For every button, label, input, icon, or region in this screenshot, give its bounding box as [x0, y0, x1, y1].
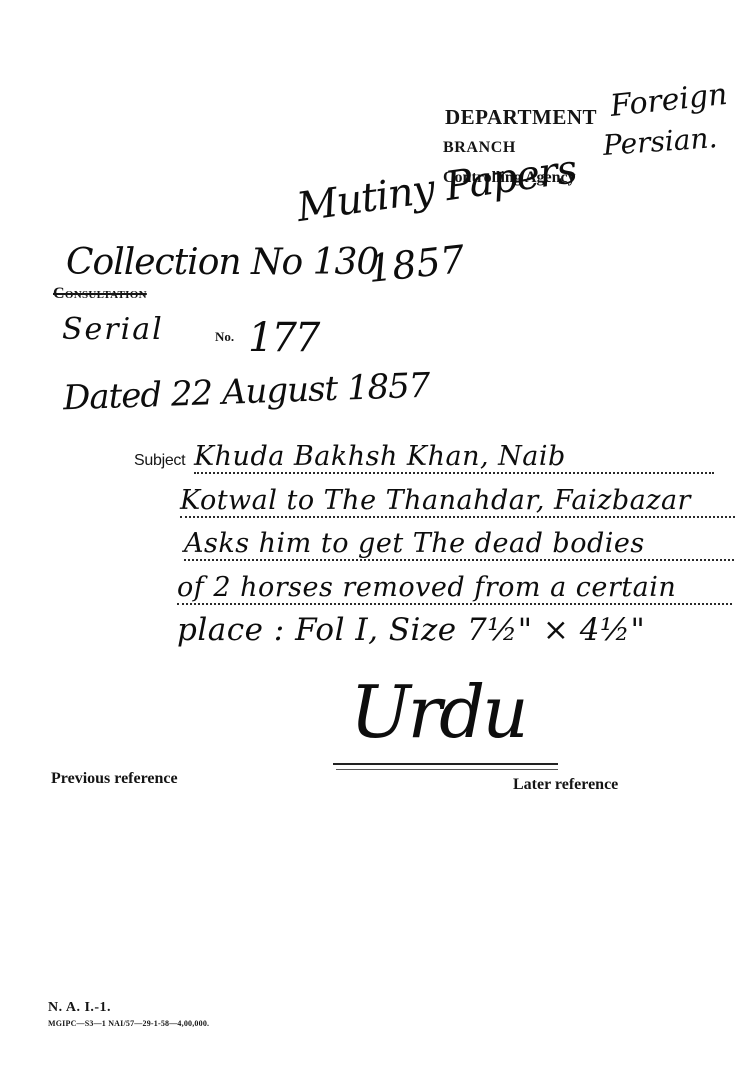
subject-text: Kotwal to The Thanahdar, Faizbazar: [180, 487, 691, 514]
series-title: Mutiny Papers: [294, 149, 578, 228]
subject-line: place : Fol I, Size 7½" × 4½": [177, 612, 697, 648]
department-value: Foreign: [609, 80, 729, 122]
department-label: DEPARTMENT: [445, 105, 597, 130]
number-label: No.: [215, 329, 234, 345]
subject-text: Khuda Bakhsh Khan, Naib: [194, 443, 566, 470]
collection-year: 1857: [366, 240, 466, 288]
branch-value: Persian.: [602, 124, 718, 160]
subject-line: Khuda Bakhsh Khan, Naib: [194, 436, 714, 474]
language-underline: [333, 763, 558, 765]
document-date: Dated 22 August 1857: [63, 369, 430, 416]
subject-label: Subject: [134, 452, 185, 470]
serial-number: 177: [248, 318, 318, 358]
previous-reference-label: Previous reference: [51, 770, 178, 788]
consultation-label-struck: Consultation: [53, 285, 147, 303]
subject-line: Asks him to get The dead bodies: [184, 523, 734, 561]
printer-imprint: MGIPC—S3—1 NAI/57—29-1-58—4,00,000.: [48, 1019, 209, 1028]
branch-label: BRANCH: [443, 139, 516, 157]
serial-label-handwritten: Serial: [62, 315, 164, 345]
collection-number: Collection No 130: [66, 245, 378, 281]
subject-line: of 2 horses removed from a certain: [177, 567, 732, 605]
form-code: N. A. I.-1.: [48, 1000, 111, 1016]
document-language: Urdu: [350, 676, 526, 748]
subject-text: Asks him to get The dead bodies: [184, 530, 645, 557]
later-reference-label: Later reference: [513, 776, 618, 794]
subject-line: Kotwal to The Thanahdar, Faizbazar: [180, 480, 735, 518]
subject-text: place : Fol I, Size 7½" × 4½": [177, 615, 645, 646]
subject-text: of 2 horses removed from a certain: [177, 574, 676, 601]
language-underline-secondary: [336, 769, 558, 770]
